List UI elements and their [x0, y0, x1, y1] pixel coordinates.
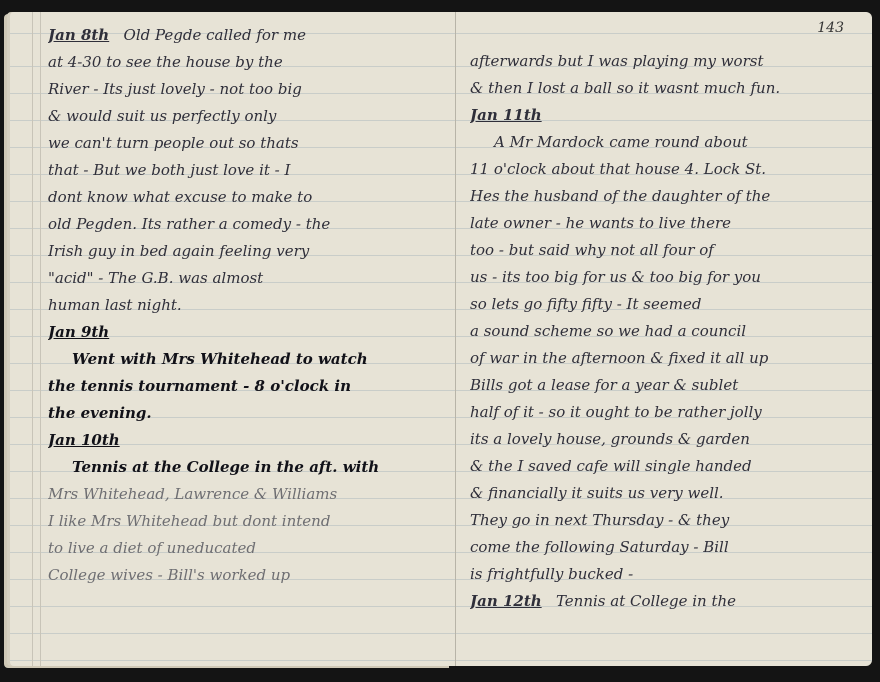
diary-line: 11 o'clock about that house 4. Lock St. [470, 156, 872, 183]
entry-date: Jan 12th [470, 592, 542, 610]
line-text: that - But we both just love it - I [48, 161, 290, 179]
line-text: Old Pegde called for me [124, 26, 306, 44]
diary-line: & then I lost a ball so it wasnt much fu… [470, 75, 872, 102]
line-text: old Pegden. Its rather a comedy - the [48, 215, 330, 233]
line-text: the evening. [48, 404, 152, 422]
diary-line: the tennis tournament - 8 o'clock in [48, 373, 455, 400]
diary-line: & the I saved cafe will single handed [470, 453, 872, 480]
line-text: of war in the afternoon & fixed it all u… [470, 349, 768, 367]
diary-line: to live a diet of uneducated [48, 535, 455, 562]
line-text: Bills got a lease for a year & sublet [470, 376, 738, 394]
diary-line: too - but said why not all four of [470, 237, 872, 264]
line-text: I like Mrs Whitehead but dont intend [48, 512, 330, 530]
diary-line: Hes the husband of the daughter of the [470, 183, 872, 210]
entry-date: Jan 10th [48, 431, 120, 449]
diary-line: so lets go fifty fifty - It seemed [470, 291, 872, 318]
diary-line: I like Mrs Whitehead but dont intend [48, 508, 455, 535]
diary-line: the evening. [48, 400, 455, 427]
line-text: & financially it suits us very well. [470, 484, 724, 502]
line-text: "acid" - The G.B. was almost [48, 269, 263, 287]
diary-line: is frightfully bucked - [470, 561, 872, 588]
diary-line: River - Its just lovely - not too big [48, 76, 455, 103]
diary-line: Irish guy in bed again feeling very [48, 238, 455, 265]
line-text: Tennis at College in the [556, 592, 736, 610]
line-text: & the I saved cafe will single handed [470, 457, 752, 475]
diary-line: at 4-30 to see the house by the [48, 49, 455, 76]
diary-line: Jan 8th Old Pegde called for me [48, 22, 455, 49]
line-text: come the following Saturday - Bill [470, 538, 729, 556]
line-text: is frightfully bucked - [470, 565, 633, 583]
diary-line: us - its too big for us & too big for yo… [470, 264, 872, 291]
line-text: College wives - Bill's worked up [48, 566, 290, 584]
diary-line: Jan 11th [470, 102, 872, 129]
line-text: the tennis tournament - 8 o'clock in [48, 377, 351, 395]
diary-line: its a lovely house, grounds & garden [470, 426, 872, 453]
line-text: us - its too big for us & too big for yo… [470, 268, 761, 286]
diary-line: Bills got a lease for a year & sublet [470, 372, 872, 399]
diary-line: "acid" - The G.B. was almost [48, 265, 455, 292]
line-text: so lets go fifty fifty - It seemed [470, 295, 701, 313]
line-text: at 4-30 to see the house by the [48, 53, 283, 71]
page-edge-line [32, 12, 33, 666]
line-text: a sound scheme so we had a council [470, 322, 746, 340]
entry-date: Jan 11th [470, 106, 542, 124]
diary-line: late owner - he wants to live there [470, 210, 872, 237]
diary-line: & financially it suits us very well. [470, 480, 872, 507]
diary-line: Mrs Whitehead, Lawrence & Williams [48, 481, 455, 508]
right-page-text: afterwards but I was playing my worst& t… [470, 48, 872, 615]
diary-line: & would suit us perfectly only [48, 103, 455, 130]
line-text: late owner - he wants to live there [470, 214, 731, 232]
diary-line: dont know what excuse to make to [48, 184, 455, 211]
page-number: 143 [817, 20, 844, 36]
diary-line: Went with Mrs Whitehead to watch [48, 346, 455, 373]
left-page-text: Jan 8th Old Pegde called for meat 4-30 t… [48, 22, 455, 589]
line-text: River - Its just lovely - not too big [48, 80, 302, 98]
diary-line: Jan 12th Tennis at College in the [470, 588, 872, 615]
diary-line: of war in the afternoon & fixed it all u… [470, 345, 872, 372]
line-text: afterwards but I was playing my worst [470, 52, 763, 70]
line-text: & then I lost a ball so it wasnt much fu… [470, 79, 780, 97]
entry-date: Jan 8th [48, 26, 109, 44]
right-page: 143 afterwards but I was playing my wors… [455, 12, 872, 666]
line-text: too - but said why not all four of [470, 241, 714, 259]
line-text: we can't turn people out so thats [48, 134, 299, 152]
diary-line: that - But we both just love it - I [48, 157, 455, 184]
line-text: human last night. [48, 296, 182, 314]
diary-line: Tennis at the College in the aft. with [48, 454, 455, 481]
diary-line: human last night. [48, 292, 455, 319]
line-text: Hes the husband of the daughter of the [470, 187, 770, 205]
line-text: its a lovely house, grounds & garden [470, 430, 750, 448]
diary-line: Jan 9th [48, 319, 455, 346]
line-text: to live a diet of uneducated [48, 539, 256, 557]
open-diary: Jan 8th Old Pegde called for meat 4-30 t… [10, 12, 872, 674]
line-text: Irish guy in bed again feeling very [48, 242, 309, 260]
diary-line: come the following Saturday - Bill [470, 534, 872, 561]
diary-line: we can't turn people out so thats [48, 130, 455, 157]
line-text: & would suit us perfectly only [48, 107, 276, 125]
diary-line: afterwards but I was playing my worst [470, 48, 872, 75]
line-text: They go in next Thursday - & they [470, 511, 729, 529]
left-page: Jan 8th Old Pegde called for meat 4-30 t… [10, 12, 455, 666]
line-text: Tennis at the College in the aft. with [72, 458, 379, 476]
diary-line: Jan 10th [48, 427, 455, 454]
line-text: 11 o'clock about that house 4. Lock St. [470, 160, 766, 178]
diary-line: old Pegden. Its rather a comedy - the [48, 211, 455, 238]
line-text: Mrs Whitehead, Lawrence & Williams [48, 485, 337, 503]
diary-line: They go in next Thursday - & they [470, 507, 872, 534]
entry-date: Jan 9th [48, 323, 109, 341]
diary-line: A Mr Mardock came round about [470, 129, 872, 156]
line-text: half of it - so it ought to be rather jo… [470, 403, 762, 421]
line-text: A Mr Mardock came round about [494, 133, 748, 151]
diary-line: College wives - Bill's worked up [48, 562, 455, 589]
line-text: Went with Mrs Whitehead to watch [72, 350, 368, 368]
diary-line: a sound scheme so we had a council [470, 318, 872, 345]
line-text: dont know what excuse to make to [48, 188, 312, 206]
margin-line [40, 12, 41, 666]
diary-line: half of it - so it ought to be rather jo… [470, 399, 872, 426]
